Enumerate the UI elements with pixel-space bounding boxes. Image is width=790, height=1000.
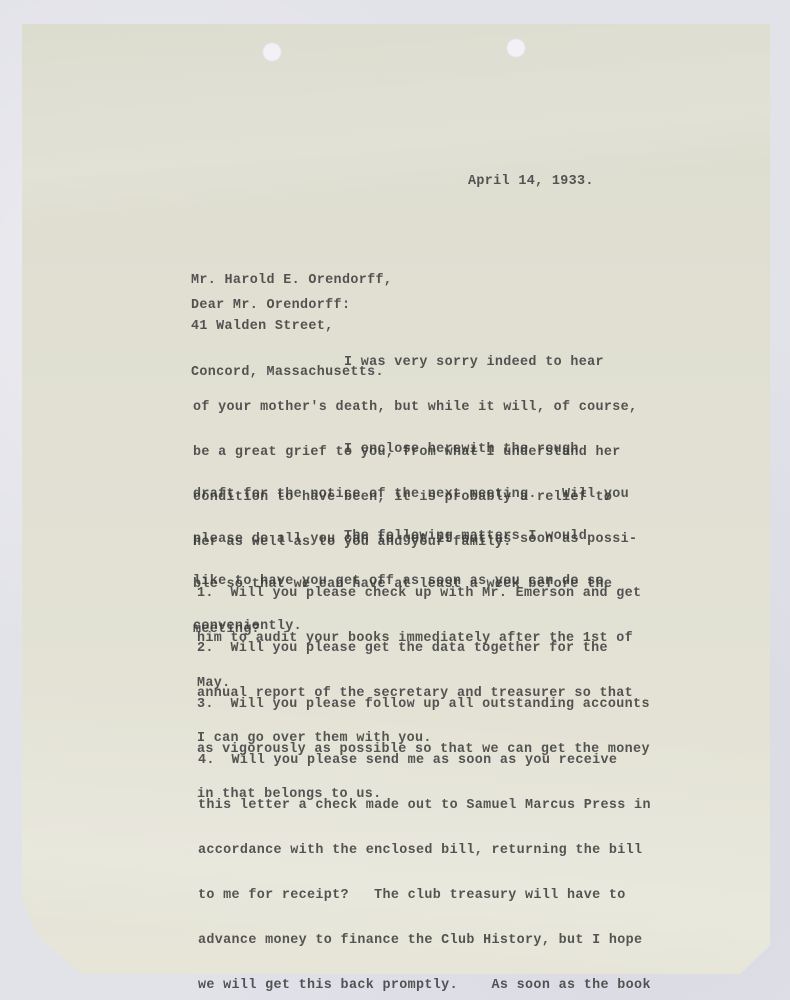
text-line: to me for receipt? The club treasury wil… xyxy=(198,888,651,903)
text-line: advance money to finance the Club Histor… xyxy=(198,933,651,948)
text-line: 3. Will you please follow up all outstan… xyxy=(197,697,650,712)
text-line: 1. Will you please check up with Mr. Eme… xyxy=(197,586,641,601)
text-line: I enclose herewith the rough xyxy=(193,442,637,457)
text-line: this letter a check made out to Samuel M… xyxy=(198,798,651,813)
text-line: I was very sorry indeed to hear xyxy=(193,355,637,370)
text-line: 4. Will you please send me as soon as yo… xyxy=(198,753,651,768)
text-line: we will get this back promptly. As soon … xyxy=(198,978,651,993)
text-line: 2. Will you please get the data together… xyxy=(197,641,633,656)
recipient-name: Mr. Harold E. Orendorff, xyxy=(191,273,392,289)
punch-hole xyxy=(506,38,526,58)
list-item-check: 4. Will you please send me as soon as yo… xyxy=(198,723,651,1000)
text-line: The following matters I would xyxy=(193,529,604,544)
salutation: Dear Mr. Orendorff: xyxy=(191,298,350,313)
letter-date: April 14, 1933. xyxy=(468,174,594,189)
text-line: accordance with the enclosed bill, retur… xyxy=(198,843,651,858)
punch-hole xyxy=(262,42,282,62)
